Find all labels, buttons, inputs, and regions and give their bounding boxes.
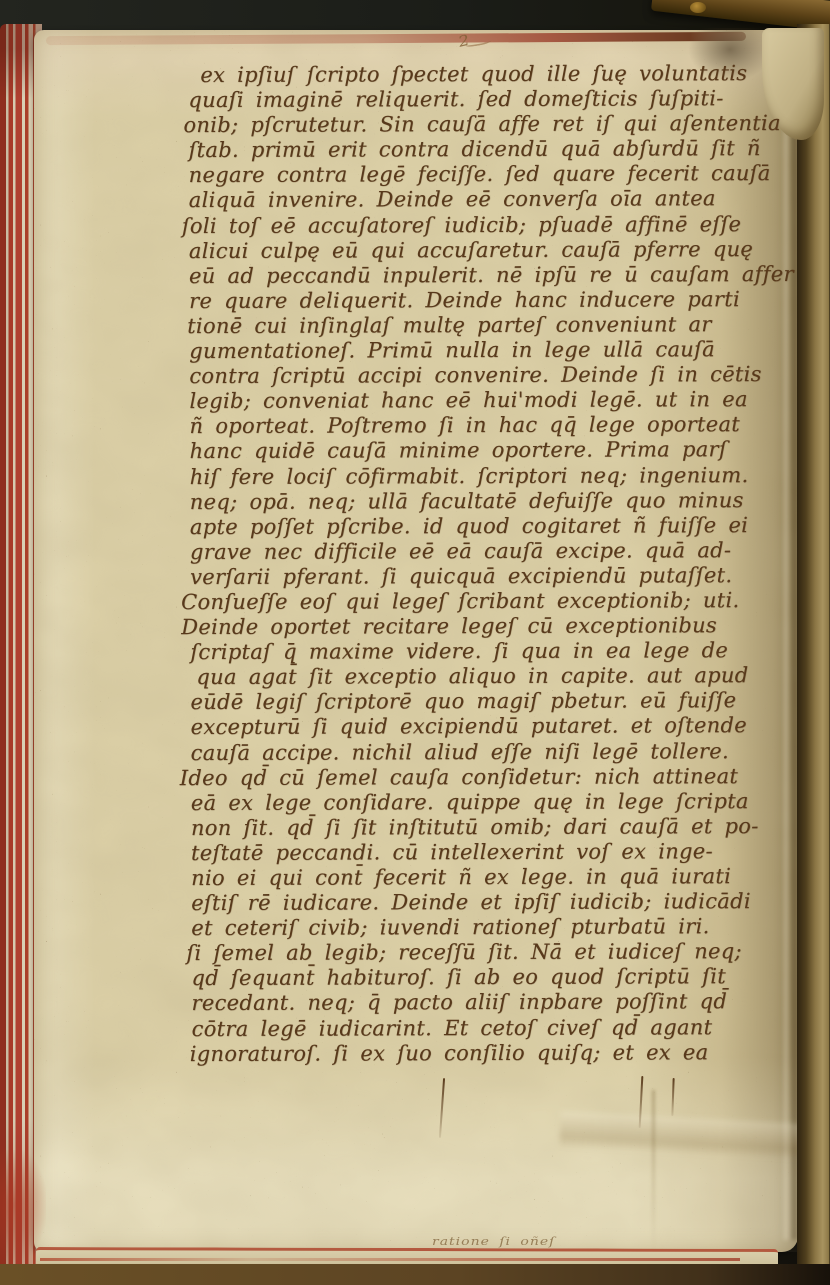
manuscript-line: qua agat̄ ſit exceptio aliquo in capite.… [196,663,790,690]
manuscript-line: quaſi imaginē reliquerit. ſed domeſticis… [188,86,788,113]
manuscript-line: ex ipſiuſ ſcripto ſpectet quod ille ſuę … [200,61,788,88]
manuscript-line: ſcriptaſ q̄ maxime videre. ſi qua in ea … [190,638,790,665]
red-stain-bottom-left [0,1150,46,1260]
manuscript-line: ſi ſemel ab legib; receſſū ſit. Nā et iu… [186,939,791,966]
manuscript-line: hanc quidē cauſā minime oportere. Prima … [190,437,790,464]
manuscript-line: verſarii pferant. ſi quicquā excipiendū … [190,563,790,590]
manuscript-line: ñ oporteat. Poſtremo ſi in hac qq̄ lege … [189,412,789,439]
manuscript-line: eā ex lege conſidare. quippe quę in lege… [191,789,791,816]
manuscript-text-block: ex ipſiuſ ſcripto ſpectet quod ille ſuę … [188,61,792,1067]
facing-page-edge [797,24,830,1264]
manuscript-line: teſtatē peccandi. cū intellexerint voſ e… [191,839,791,866]
bottom-red-edge [40,1258,740,1261]
manuscript-line: Deinde oportet recitare legeſ cū excepti… [181,613,790,640]
manuscript-line: ſtab. primū erit contra dicendū quā abſu… [189,136,789,163]
manuscript-line: ignoraturoſ. ſi ex ſuo conſilio quiſq; e… [190,1040,792,1067]
manuscript-line: hiſ fere lociſ cōfirmabit. ſcriptori neq… [190,462,790,489]
manuscript-line: tionē cui inſinglaſ multę parteſ conveni… [187,312,789,339]
manuscript-line: cōtra legē iudicarint. Et cetoſ civeſ qd… [192,1015,792,1042]
manuscript-line: neq; opā. neq; ullā facultatē defuiſſe q… [190,488,790,515]
manuscript-line: negare contra legē feciſſe. ſed quare fe… [189,161,789,188]
book-cover-bottom [0,1264,830,1285]
manuscript-line: grave nec difficile eē eā cauſā excipe. … [190,538,790,565]
manuscript-line: aliquā invenire. Deinde eē converſa oīa … [189,186,789,213]
catchword-inscription: ratione ſi oñeſ [432,1236,652,1249]
manuscript-line: recedant. neq; q̄ pacto aliiſ inpbare po… [191,989,791,1016]
manuscript-line: re quare deliquerit. Deinde hanc inducer… [189,287,789,314]
manuscript-line: qd̄ ſequant̄ habituroſ. ſi ab eo quod ſc… [191,964,791,991]
manuscript-line: ſoli toſ eē accuſatoreſ iudicib; pſuadē … [182,212,789,239]
manuscript-line: nio ei qui cont̄ fecerit ñ ex lege. in q… [191,864,791,891]
manuscript-line: non ſit. qd̄ ſi ſit inſtitutū omib; dari… [191,814,791,841]
manuscript-line: Ideo qd̄ cū ſemel cauſa conſidetur: nich… [180,764,791,791]
manuscript-line: cauſā accipe. nichil aliud eſſe niſi leg… [191,738,791,765]
manuscript-line: eūdē legiſ ſcriptorē quo magiſ pbetur. e… [190,688,790,715]
manuscript-line: alicui culpę eū qui accuſaretur. cauſā p… [189,237,789,264]
manuscript-line: excepturū ſi quid excipiendū putaret. et… [191,713,791,740]
manuscript-line: Conſueſſe eoſ qui legeſ ſcribant excepti… [181,588,790,615]
manuscript-line: gumentationeſ. Primū nulla in lege ullā … [189,337,789,364]
manuscript-line: apte poſſet pſcribe. id quod cogitaret ñ… [190,513,790,540]
parchment-vertical-crease [652,1090,655,1250]
manuscript-line: eſtiſ rē iudicare. Deinde et ipſiſ iudic… [191,889,791,916]
manuscript-line: eū ad peccandū inpulerit. nē ipſū re ū c… [189,262,789,289]
manuscript-line: legib; conveniat hanc eē hui'modi legē. … [189,387,789,414]
manuscript-line: contra ſcriptū accipi convenire. Deinde … [189,362,789,389]
manuscript-line: et ceteriſ civib; iuvendi rationeſ pturb… [191,914,791,941]
manuscript-line: onib; pſcrutetur. Sin cauſā affe ret iſ … [183,111,788,138]
leather-strap-knot [690,2,706,13]
manuscript-photo: 2 ex ipſiuſ ſcripto ſpectet quod ille ſu… [0,0,830,1285]
